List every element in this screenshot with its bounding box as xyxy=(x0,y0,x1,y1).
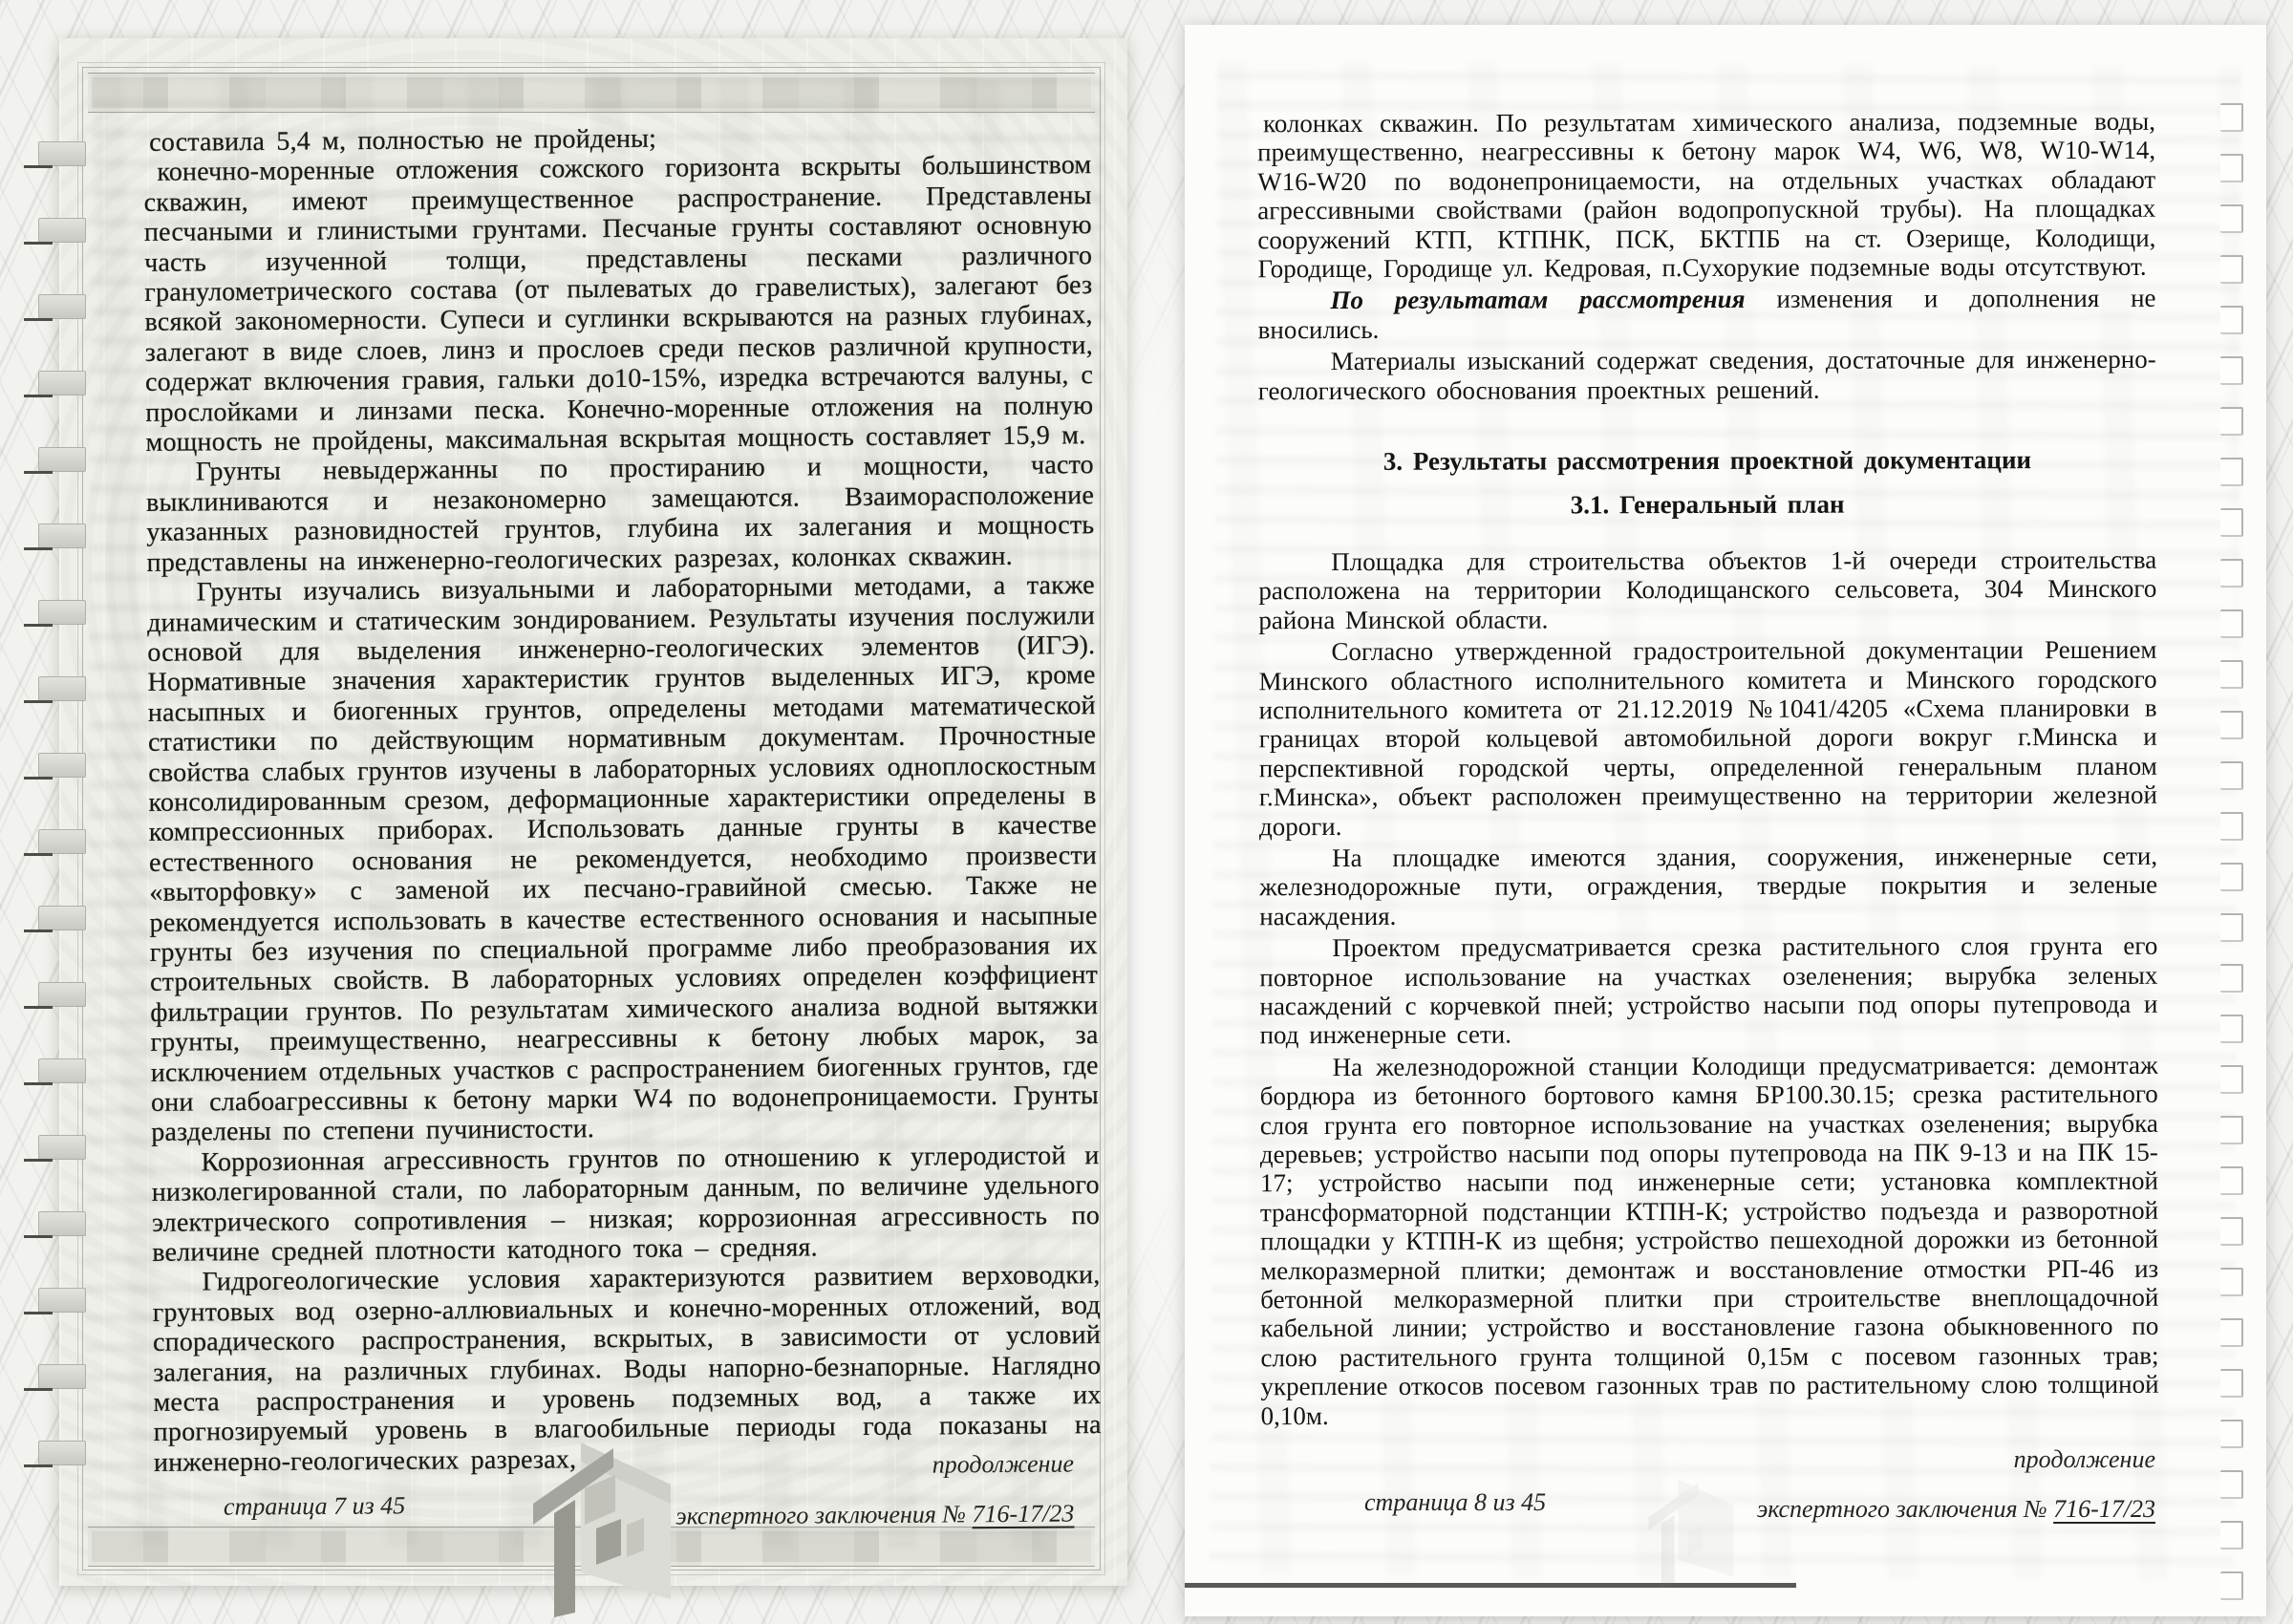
binding-hole xyxy=(2220,863,2243,891)
paragraph: Проектом предусматривается срезка растит… xyxy=(1259,931,2157,1050)
binding-hole xyxy=(2220,1318,2243,1347)
binding-tab xyxy=(38,906,86,930)
binding-hole xyxy=(2220,255,2243,284)
paragraph: По результатам рассмотрения изменения и … xyxy=(1257,284,2155,344)
paragraph: Коррозионная агрессивность грунтов по от… xyxy=(151,1141,1100,1268)
binding-hole xyxy=(2220,1521,2243,1549)
binding-tab xyxy=(38,1288,86,1313)
expert-report-number: 716-17/23 xyxy=(2053,1495,2155,1523)
construction-expertise-emblem-icon xyxy=(527,1421,676,1617)
page-number-label: страница 7 из 45 xyxy=(224,1491,405,1521)
binding-hole xyxy=(2220,154,2243,182)
binding-hole xyxy=(2220,407,2243,436)
binding-hole xyxy=(2220,711,2243,739)
binding-tab xyxy=(38,753,86,778)
paragraph: –конечно-моренные отложения сожского гор… xyxy=(143,151,1093,459)
bold-italic-lead: По результатам рассмотрения xyxy=(1330,285,1745,314)
binding-hole xyxy=(2220,1369,2243,1398)
decorative-border-band-top xyxy=(88,73,1095,113)
continuation-line1: продолжение xyxy=(932,1450,1074,1479)
paragraph: Согласно утвержденной градостроительной … xyxy=(1258,635,2157,841)
binding-hole xyxy=(2220,660,2243,689)
binding-hole xyxy=(2220,1268,2243,1296)
page-7-text: составила 5,4 м, полностью не пройдены;–… xyxy=(143,120,1102,1485)
binding-hole xyxy=(2220,1470,2243,1499)
binding-tab xyxy=(38,1135,86,1160)
paragraph: колонках скважин. По результатам химичес… xyxy=(1257,107,2155,284)
binding-tab xyxy=(38,371,86,395)
binding-tab xyxy=(38,218,86,243)
binding-hole xyxy=(2220,1015,2243,1043)
paragraph: Площадка для строительства объектов 1-й … xyxy=(1258,545,2156,635)
binding-hole xyxy=(2220,1217,2243,1246)
binding-hole xyxy=(2220,609,2243,638)
binding-tab xyxy=(38,982,86,1007)
binding-tab xyxy=(38,524,86,548)
binding-hole xyxy=(2220,1166,2243,1195)
scanned-document-spread: { "document": { "left_page": { "paragrap… xyxy=(0,0,2293,1624)
binding-hole xyxy=(2220,964,2243,993)
page-7-sheet: составила 5,4 м, полностью не пройдены;–… xyxy=(59,38,1127,1586)
binding-hole xyxy=(2220,1571,2243,1600)
binding-hole xyxy=(2220,204,2243,233)
binding-hole xyxy=(2220,761,2243,790)
paragraph: Грунты изучались визуальными и лаборатор… xyxy=(147,570,1100,1147)
continuation-note: продолжение экспертного заключения № 716… xyxy=(1757,1435,2155,1534)
section-heading: 3. Результаты рассмотрения проектной док… xyxy=(1258,445,2156,477)
binding-tab xyxy=(38,676,86,701)
binding-hole xyxy=(2220,1065,2243,1094)
binding-hole xyxy=(2220,356,2243,385)
continuation-line2-prefix: экспертного заключения № xyxy=(675,1500,972,1529)
binding-hole xyxy=(2220,1420,2243,1448)
paragraph: Материалы изысканий содержат сведения, д… xyxy=(1258,345,2156,405)
binding-hole xyxy=(2220,508,2243,537)
page-number-label: страница 8 из 45 xyxy=(1364,1488,1546,1517)
binding-tab xyxy=(38,1211,86,1236)
binding-hole xyxy=(2220,458,2243,486)
paragraph: В составе раздела разработаны таксационн… xyxy=(1261,1431,2159,1434)
continuation-line1: продолжение xyxy=(2014,1445,2155,1473)
page-8-sheet: колонках скважин. По результатам химичес… xyxy=(1185,25,2266,1616)
binding-hole xyxy=(2220,306,2243,334)
binding-hole xyxy=(2220,559,2243,588)
construction-expertise-emblem-watermark-icon xyxy=(1645,1466,1738,1588)
paragraph: На железнодорожной станции Колодищи пред… xyxy=(1260,1051,2159,1431)
expert-report-number: 716-17/23 xyxy=(972,1500,1074,1528)
binding-tab xyxy=(38,1441,86,1465)
binding-tab xyxy=(38,829,86,854)
page-8-text: колонках скважин. По результатам химичес… xyxy=(1257,104,2159,1434)
binding-hole xyxy=(2220,103,2243,132)
continuation-note: продолжение экспертного заключения № 716… xyxy=(675,1440,1074,1542)
binding-hole xyxy=(2220,1116,2243,1144)
paragraph: На площадке имеются здания, сооружения, … xyxy=(1259,842,2157,931)
binding-tab xyxy=(38,294,86,319)
binding-tab xyxy=(38,447,86,472)
binding-tab xyxy=(38,1364,86,1389)
binding-tab xyxy=(38,141,86,166)
continuation-line2-prefix: экспертного заключения № xyxy=(1757,1495,2053,1523)
subsection-heading: 3.1. Генеральный план xyxy=(1258,489,2156,521)
binding-hole xyxy=(2220,812,2243,841)
paragraph: Грунты невыдержанны по простиранию и мощ… xyxy=(146,451,1095,578)
binding-tab xyxy=(38,1058,86,1083)
binding-hole xyxy=(2220,913,2243,942)
binding-tab xyxy=(38,600,86,625)
